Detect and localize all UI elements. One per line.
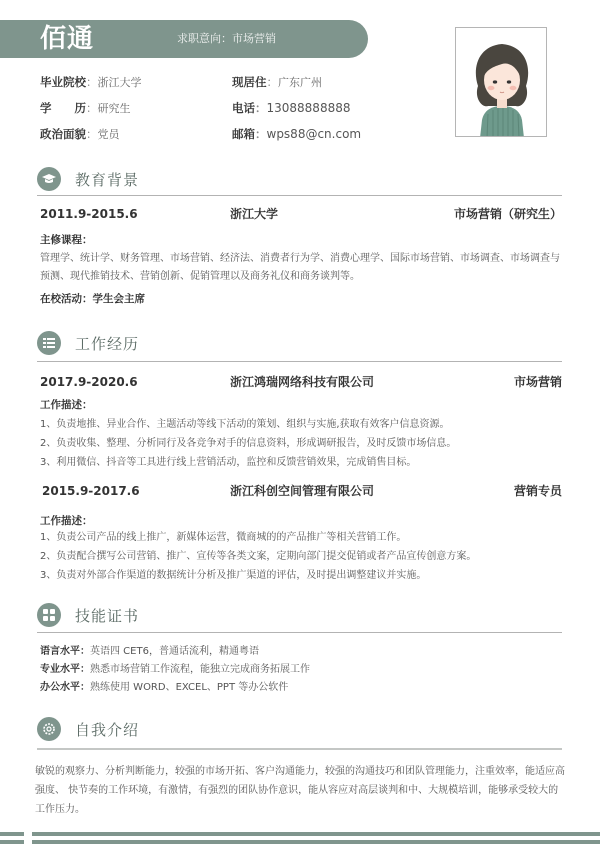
footer-stripe [32,832,600,836]
info-value: 研究生 [98,102,131,115]
skill-professional: 专业水平：熟悉市场营销工作流程，能独立完成商务拓展工作 [40,663,310,677]
section-title-work: 工作经历 [75,334,139,354]
section-title-intro: 自我介绍 [75,720,139,740]
info-degree: 学 历：研究生 [40,100,131,117]
job-company: 浙江鸿瑞网络科技有限公司 [230,374,374,390]
job-desc-item: 1、负责地推、异业合作、主题活动等线下活动的策划、组织与实施,获取有效客户信息资… [40,418,450,432]
footer-stripe [0,840,24,844]
section-divider [37,632,562,633]
job-desc-label: 工作描述： [40,514,93,528]
job-desc-item: 3、负责对外部合作渠道的数据统计分析及推广渠道的评估，及时提出调整建议并实施。 [40,569,426,583]
job-desc-item: 1、负责公司产品的线上推广，新媒体运营，微商城的的产品推广等相关营销工作。 [40,531,406,545]
info-residence: 现居住：广东广州 [232,74,322,91]
job-position: 营销专员 [514,483,562,499]
info-label: 现居住 [232,75,267,89]
info-school: 毕业院校：浙江大学 [40,74,142,91]
job-period: 2015.9-2017.6 [42,483,140,499]
info-politics: 政治面貌：党员 [40,126,120,143]
education-major: 市场营销（研究生） [454,206,562,222]
info-phone: 电话：13088888888 [232,100,350,116]
courses-label: 主修课程： [40,233,93,247]
gear-icon [37,717,61,741]
info-value: 浙江大学 [98,76,142,89]
graduation-cap-icon [37,167,61,191]
footer-stripe [32,840,600,844]
puzzle-icon [37,603,61,627]
info-label: 学 历 [40,101,86,115]
job-intent: 求职意向：市场营销 [177,31,276,47]
info-value: 广东广州 [278,76,322,89]
education-school: 浙江大学 [230,206,278,222]
courses-text: 管理学、统计学、财务管理、市场营销、经济法、消费者行为学、消费心理学、国际市场营… [40,250,565,286]
profile-photo [455,27,547,137]
intro-text: 敏锐的观察力、分析判断能力，较强的市场开拓、客户沟通能力，较强的沟通技巧和团队管… [35,762,565,819]
job-desc-item: 2、负责配合撰写公司营销、推广、宣传等各类文案，定期向部门提交促销或者产品宣传创… [40,550,476,564]
section-title-skills: 技能证书 [75,606,139,626]
candidate-name: 佰通 [40,22,94,56]
job-desc-item: 2、负责收集、整理、分析同行及各竞争对手的信息资料，形成调研报告，及时反馈市场信… [40,437,456,451]
job-position: 市场营销 [514,374,562,390]
job-desc-label: 工作描述： [40,398,93,412]
education-period: 2011.9-2015.6 [40,206,138,222]
info-value: 13088888888 [267,101,351,115]
info-label: 毕业院校 [40,75,86,89]
skill-language: 语言水平：英语四 CET6，普通话流利，精通粤语 [40,645,259,659]
footer-stripe [0,832,24,836]
section-divider [37,195,562,196]
info-label: 电话 [232,101,255,115]
section-divider [37,748,562,750]
info-label: 邮箱 [232,127,255,141]
job-company: 浙江科创空间管理有限公司 [230,483,374,499]
avatar-illustration-icon [456,28,547,137]
section-divider [37,361,562,362]
info-label: 政治面貌 [40,127,86,141]
list-icon [37,331,61,355]
info-value: wps88@cn.com [267,127,362,141]
school-activity: 在校活动：学生会主席 [40,292,145,306]
info-value: 党员 [98,128,120,141]
job-desc-item: 3、利用微信、抖音等工具进行线上营销活动，监控和反馈营销效果，完成销售目标。 [40,456,416,470]
info-email: 邮箱：wps88@cn.com [232,126,361,142]
job-period: 2017.9-2020.6 [40,374,138,390]
section-title-education: 教育背景 [75,170,139,190]
skill-office: 办公水平：熟练使用 WORD、EXCEL、PPT 等办公软件 [40,681,288,695]
